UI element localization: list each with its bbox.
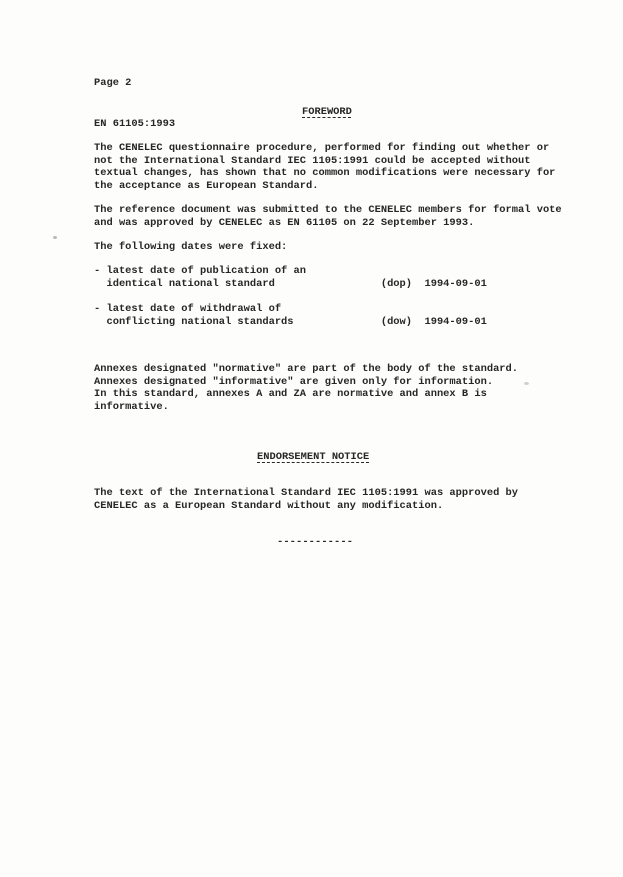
document-page: Page 2 EN 61105:1993 FOREWORD The CENELE… — [0, 0, 623, 877]
foreword-paragraph-annexes: Annexes designated "normative" are part … — [94, 363, 518, 414]
foreword-paragraph-questionnaire: The CENELEC questionnaire procedure, per… — [94, 142, 555, 193]
page-number: Page 2 — [94, 77, 175, 91]
end-of-text-separator: ------------ — [277, 536, 353, 549]
scan-artifact-speck — [524, 382, 529, 385]
scan-artifact-speck — [53, 236, 57, 239]
foreword-paragraph-dates-intro: The following dates were fixed: — [94, 241, 287, 254]
standard-reference: EN 61105:1993 — [94, 118, 175, 132]
endorsement-notice-paragraph: The text of the International Standard I… — [94, 487, 518, 512]
foreword-title: FOREWORD — [302, 106, 352, 119]
date-item-dop: - latest date of publication of an ident… — [94, 265, 487, 290]
endorsement-notice-title: ENDORSEMENT NOTICE — [257, 451, 369, 464]
date-item-dow: - latest date of withdrawal of conflicti… — [94, 303, 487, 328]
foreword-paragraph-reference-document: The reference document was submitted to … — [94, 204, 562, 229]
